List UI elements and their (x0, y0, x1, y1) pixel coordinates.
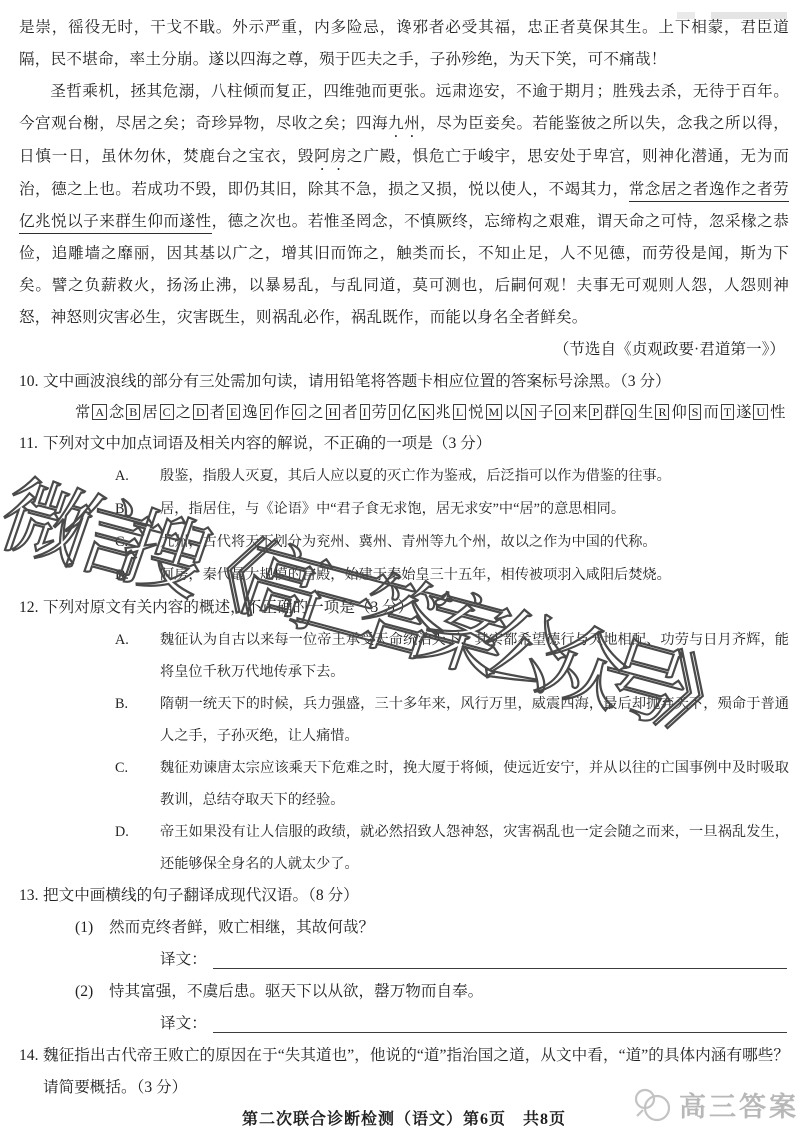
choice-letter-box: L (453, 404, 466, 420)
option-label: B. (115, 493, 128, 526)
option-11c: C. 九州，古代将天下划分为兖州、冀州、青州等九个州，故以之作为中国的代称。 (115, 526, 789, 559)
option-text: 阿房，秦代最大规模的宫殿，始建于秦始皇三十五年，相传被项羽入咸阳后焚烧。 (160, 567, 671, 583)
option-label: D. (115, 559, 129, 592)
choice-letter-box: D (193, 404, 208, 420)
option-text: 居，指居住，与《论语》中“君子食无求饱，居无求安”中“居”的意思相同。 (160, 501, 625, 517)
dotted-emphasis-text: 阿房 (314, 148, 347, 165)
question-text: 下列对文中加点词语及相关内容的解说，不正确的一项是（3 分） (43, 435, 491, 452)
wechat-search-icon (631, 1084, 673, 1124)
question-number: 12. (19, 592, 39, 624)
punctuation-options-line: 常A念B居C之D者E逸F作G之H者I劳J亿K兆L悦M以N子O来P群Q生R仰S而T… (75, 398, 789, 428)
choice-letter-box: R (655, 404, 669, 420)
choice-letter-box: H (326, 404, 341, 420)
scan-artifact (677, 12, 787, 19)
translation-line-2: 译文： (160, 1008, 789, 1040)
question-number: 14. (19, 1040, 39, 1072)
choice-letter-box: J (389, 404, 400, 420)
option-11d: D. 阿房，秦代最大规模的宫殿，始建于秦始皇三十五年，相传被项羽入咸阳后焚烧。 (115, 559, 789, 592)
question-10: 10. 文中画波浪线的部分有三处需加句读，请用铅笔将答题卡相应位置的答案标号涂黑… (19, 366, 789, 398)
option-text: 魏征劝谏唐太宗应该乘天下危难之时，挽大厦于将倾，使远近安宁，并从以往的亡国事例中… (160, 760, 789, 808)
option-12b: B. 隋朝一统天下的时候，兵力强盛，三十多年来，风行万里，威震四海，最后却抛弃天… (115, 688, 789, 752)
option-text: 帝王如果没有让人信服的政绩，就必然招致人怨神怒，灾害祸乱也一定会随之而来，一旦祸… (160, 824, 789, 872)
sub-question-text: 恃其富强，不虞后患。驱天下以从欲，罄万物而自奉。 (109, 983, 483, 1000)
option-text: 九州，古代将天下划分为兖州、冀州、青州等九个州，故以之作为中国的代称。 (160, 534, 657, 550)
choice-letter-box: U (753, 404, 768, 420)
exam-page: 是崇，徭役无时，干戈不戢。外示严重，内多险忌，谗邪者必受其福，忠正者莫保其生。上… (0, 0, 807, 1136)
choice-letter-box: E (227, 404, 240, 420)
question-number: 11. (19, 428, 38, 460)
sub-question-2: (2) 恃其富强，不虞后患。驱天下以从欲，罄万物而自奉。 (75, 976, 789, 1008)
option-label: D. (115, 816, 129, 848)
question-text: 下列对原文有关内容的概述，不正确的一项是（3 分） (43, 599, 413, 616)
question-text: 把文中画横线的句子翻译成现代汉语。（8 分） (43, 887, 359, 904)
choice-letter-box: Q (621, 404, 636, 420)
option-12c: C. 魏征劝谏唐太宗应该乘天下危难之时，挽大厦于将倾，使远近安宁，并从以往的亡国… (115, 752, 789, 816)
passage-paragraph-2: 圣哲乘机，拯其危溺，八柱倾而复正，四维弛而更张。远肃迩安，不逾于期月；胜残去杀，… (19, 76, 789, 334)
choice-letter-box: K (419, 404, 434, 420)
passage-paragraph-1: 是崇，徭役无时，干戈不戢。外示严重，内多险忌，谗邪者必受其福，忠正者莫保其生。上… (19, 12, 789, 76)
option-12a: A. 魏征认为自古以来每一位帝王承受天命统治天下，其实都希望德行与天地相配、功劳… (115, 624, 789, 688)
choice-letter-box: G (292, 404, 307, 420)
answer-blank-line (213, 1008, 787, 1033)
choice-letter-box: N (521, 404, 536, 420)
translation-label: 译文： (160, 1008, 207, 1040)
choice-letter-box: C (160, 404, 174, 420)
option-label: A. (115, 460, 129, 493)
choice-letter-box: S (689, 404, 702, 420)
option-label: C. (115, 752, 128, 784)
option-label: B. (115, 688, 128, 720)
answer-blank-line (213, 944, 787, 969)
question-12: 12. 下列对原文有关内容的概述，不正确的一项是（3 分） (19, 592, 789, 624)
translation-line-1: 译文： (160, 944, 789, 976)
publisher-logo-text: 高三答案 (679, 1085, 799, 1124)
choice-letter-box: A (92, 404, 107, 420)
sub-question-label: (1) (75, 912, 93, 944)
option-12d: D. 帝王如果没有让人信服的政绩，就必然招致人怨神怒，灾害祸乱也一定会随之而来，… (115, 816, 789, 880)
option-11a: A. 殷鉴，指殷人灭夏，其后人应以夏的灭亡作为鉴戒，后泛指可以作为借鉴的往事。 (115, 460, 789, 493)
option-text: 隋朝一统天下的时候，兵力强盛，三十多年来，风行万里，威震四海，最后却抛弃天下，殒… (160, 696, 789, 744)
dotted-emphasis-text: 九州 (388, 115, 420, 132)
translation-label: 译文： (160, 944, 207, 976)
choice-letter-box: I (360, 404, 370, 420)
question-text: 文中画波浪线的部分有三处需加句读，请用铅笔将答题卡相应位置的答案标号涂黑。（3 … (43, 373, 671, 390)
option-label: C. (115, 526, 128, 559)
sub-question-text: 然而克终者鲜，败亡相继，其故何哉？ (109, 919, 374, 936)
question-13: 13. 把文中画横线的句子翻译成现代汉语。（8 分） (19, 880, 789, 912)
option-11b: B. 居，指居住，与《论语》中“君子食无求饱，居无求安”中“居”的意思相同。 (115, 493, 789, 526)
question-number: 13. (19, 880, 39, 912)
choice-letter-box: B (126, 404, 140, 420)
passage-source: （节选自《贞观政要·君道第一》） (19, 334, 789, 366)
publisher-logo: 高三答案 (631, 1084, 799, 1124)
question-11: 11. 下列对文中加点词语及相关内容的解说，不正确的一项是（3 分） (19, 428, 789, 460)
option-text: 魏征认为自古以来每一位帝王承受天命统治天下，其实都希望德行与天地相配、功劳与日月… (160, 632, 789, 680)
choice-letter-box: F (260, 404, 273, 420)
choice-letter-box: P (589, 404, 602, 420)
choice-letter-box: M (486, 404, 503, 420)
option-text: 殷鉴，指殷人灭夏，其后人应以夏的灭亡作为鉴戒，后泛指可以作为借鉴的往事。 (160, 468, 671, 484)
sub-question-1: (1) 然而克终者鲜，败亡相继，其故何哉？ (75, 912, 789, 944)
question-number: 10. (19, 366, 39, 398)
choice-letter-box: O (555, 404, 570, 420)
option-label: A. (115, 624, 129, 656)
sub-question-label: (2) (75, 976, 93, 1008)
choice-letter-box: T (721, 404, 734, 420)
